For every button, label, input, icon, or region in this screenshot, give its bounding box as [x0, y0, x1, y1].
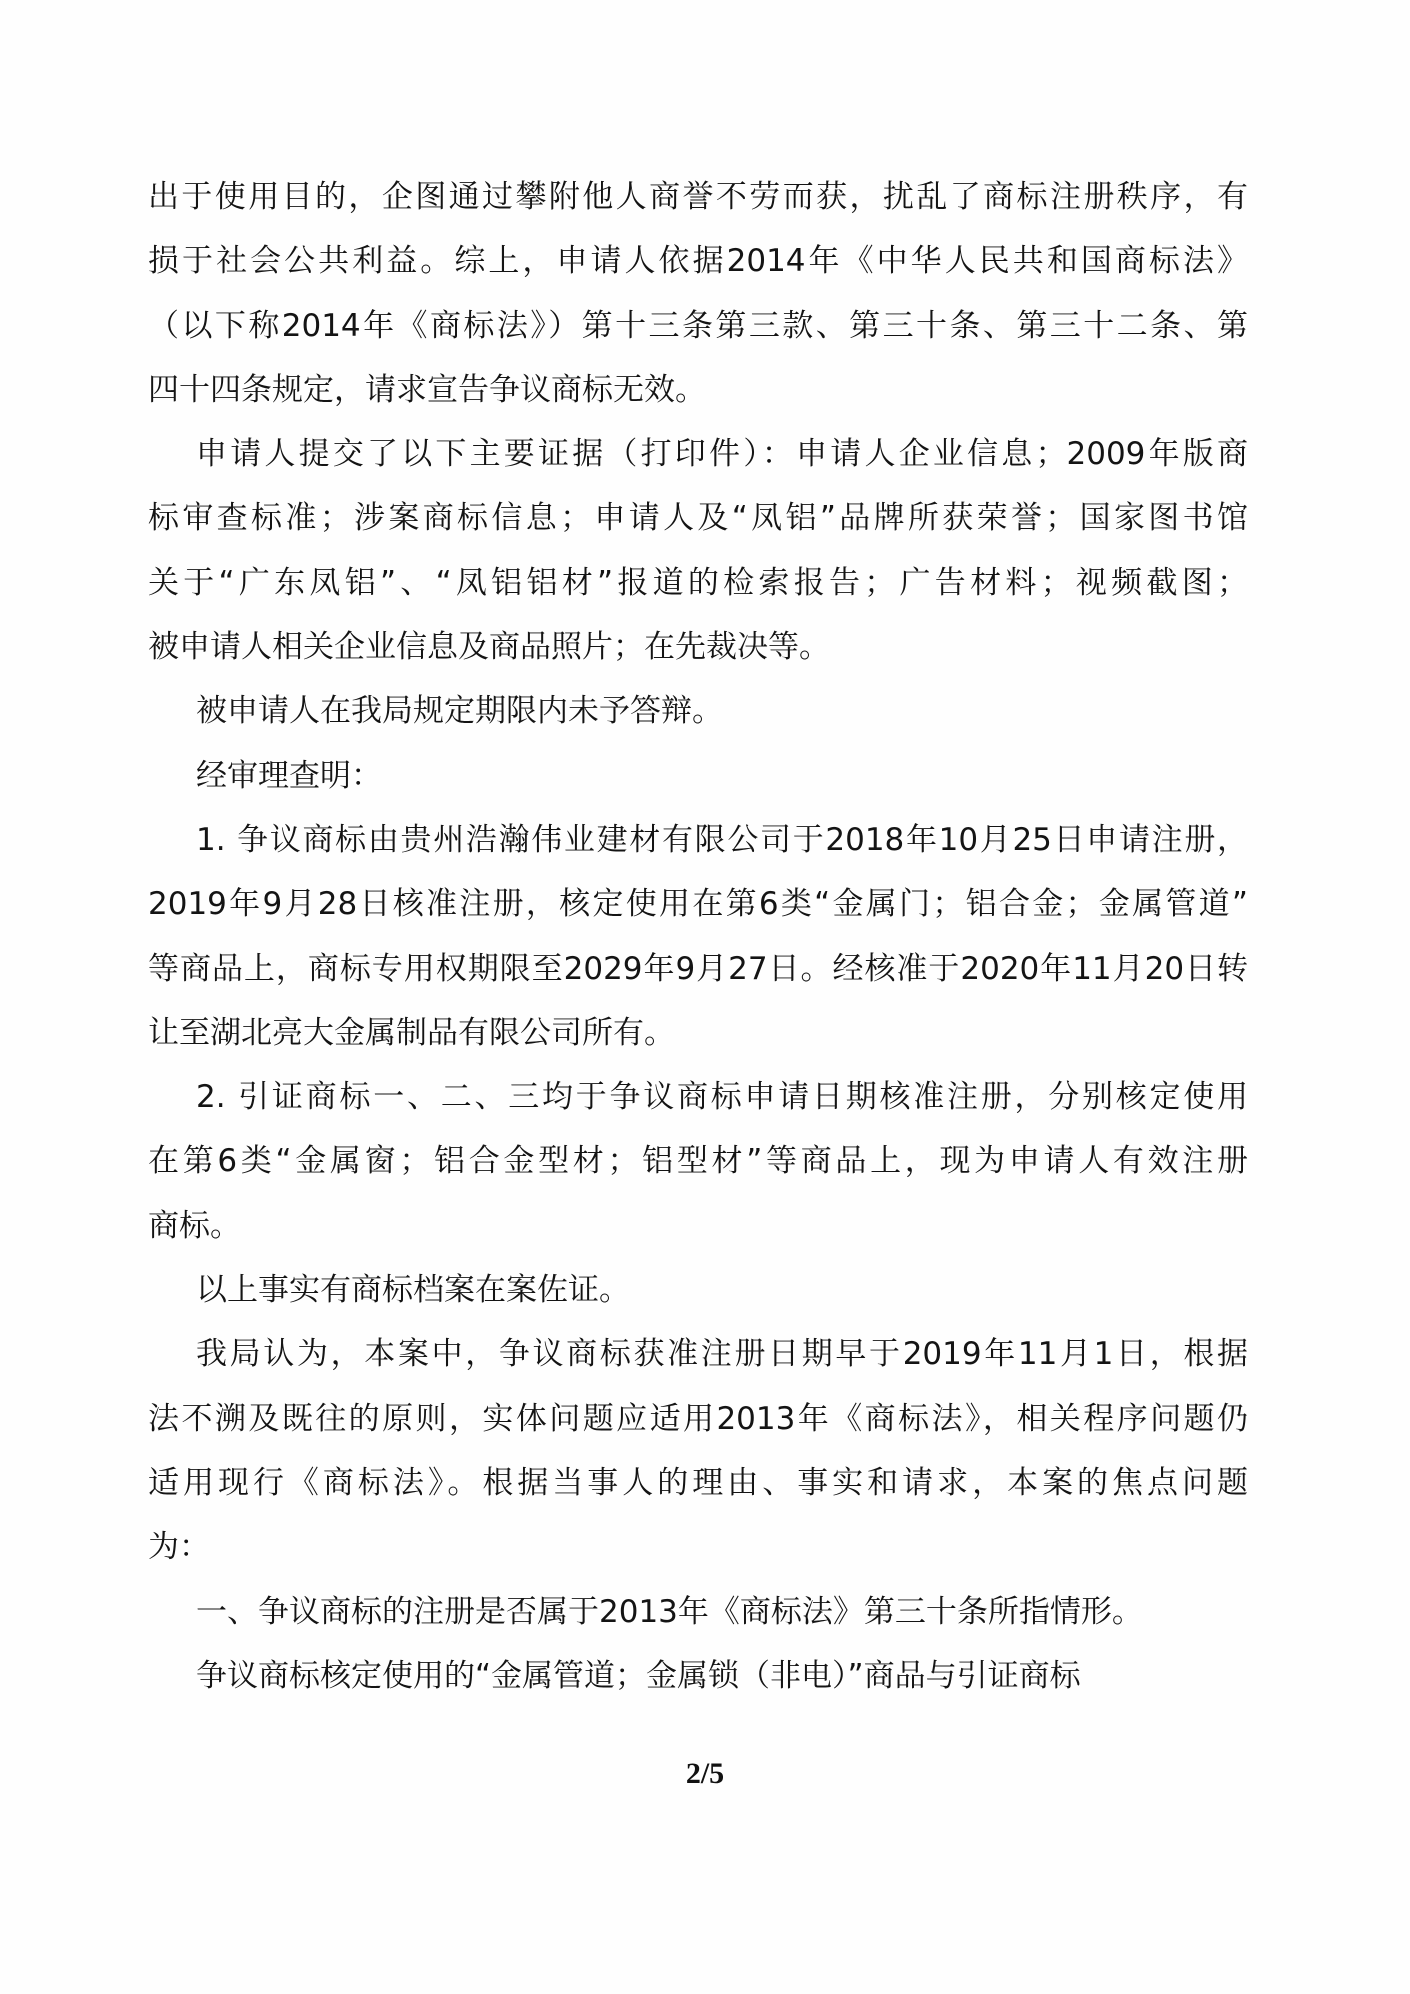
document-page: 出于使用目的，企图通过攀附他人商誉不劳而获，扰乱了商标注册秩序，有 损于社会公共…: [0, 0, 1410, 1994]
text-line: 2. 引证商标一、二、三均于争议商标申请日期核准注册，分别核定使用: [148, 1065, 1248, 1129]
document-body: 出于使用目的，企图通过攀附他人商誉不劳而获，扰乱了商标注册秩序，有 损于社会公共…: [148, 165, 1248, 1708]
text-line: 一、争议商标的注册是否属于2013年《商标法》第三十条所指情形。: [148, 1580, 1248, 1644]
text-line: 关于“广东凤铝”、“凤铝铝材”报道的检索报告；广告材料；视频截图；: [148, 551, 1248, 615]
text-line: 被申请人相关企业信息及商品照片；在先裁决等。: [148, 615, 1248, 679]
text-line: 标审查标准；涉案商标信息；申请人及“凤铝”品牌所获荣誉；国家图书馆: [148, 486, 1248, 550]
paragraph-issue-1-heading: 一、争议商标的注册是否属于2013年《商标法》第三十条所指情形。: [148, 1580, 1248, 1644]
text-line: 商标。: [148, 1194, 1248, 1258]
page-number: 2/5: [0, 1757, 1410, 1791]
text-line: 争议商标核定使用的“金属管道；金属锁（非电）”商品与引证商标: [148, 1644, 1248, 1708]
paragraph-findings-heading: 经审理查明：: [148, 744, 1248, 808]
paragraph-finding-1: 1. 争议商标由贵州浩瀚伟业建材有限公司于2018年10月25日申请注册， 20…: [148, 808, 1248, 1065]
text-line: 损于社会公共利益。综上，申请人依据2014年《中华人民共和国商标法》: [148, 229, 1248, 293]
text-line: 申请人提交了以下主要证据（打印件）：申请人企业信息；2009年版商: [148, 422, 1248, 486]
text-line: 让至湖北亮大金属制品有限公司所有。: [148, 1001, 1248, 1065]
text-line: 等商品上，商标专用权期限至2029年9月27日。经核准于2020年11月20日转: [148, 937, 1248, 1001]
text-line: 1. 争议商标由贵州浩瀚伟业建材有限公司于2018年10月25日申请注册，: [148, 808, 1248, 872]
paragraph-no-defense: 被申请人在我局规定期限内未予答辩。: [148, 679, 1248, 743]
paragraph-office-opinion: 我局认为，本案中，争议商标获准注册日期早于2019年11月1日，根据 法不溯及既…: [148, 1322, 1248, 1579]
text-line: 为：: [148, 1515, 1248, 1579]
text-line: 出于使用目的，企图通过攀附他人商誉不劳而获，扰乱了商标注册秩序，有: [148, 165, 1248, 229]
paragraph-facts-evidence: 以上事实有商标档案在案佐证。: [148, 1258, 1248, 1322]
text-line: 在第6类“金属窗；铝合金型材；铝型材”等商品上，现为申请人有效注册: [148, 1129, 1248, 1193]
text-line: 四十四条规定，请求宣告争议商标无效。: [148, 358, 1248, 422]
paragraph-finding-2: 2. 引证商标一、二、三均于争议商标申请日期核准注册，分别核定使用 在第6类“金…: [148, 1065, 1248, 1258]
text-line: 2019年9月28日核准注册，核定使用在第6类“金属门；铝合金；金属管道”: [148, 872, 1248, 936]
text-line: 被申请人在我局规定期限内未予答辩。: [148, 679, 1248, 743]
text-line: 我局认为，本案中，争议商标获准注册日期早于2019年11月1日，根据: [148, 1322, 1248, 1386]
paragraph-evidence: 申请人提交了以下主要证据（打印件）：申请人企业信息；2009年版商 标审查标准；…: [148, 422, 1248, 679]
paragraph-issue-1-body: 争议商标核定使用的“金属管道；金属锁（非电）”商品与引证商标: [148, 1644, 1248, 1708]
paragraph-applicant-claims: 出于使用目的，企图通过攀附他人商誉不劳而获，扰乱了商标注册秩序，有 损于社会公共…: [148, 165, 1248, 422]
text-line: （以下称2014年《商标法》）第十三条第三款、第三十条、第三十二条、第: [148, 294, 1248, 358]
text-line: 以上事实有商标档案在案佐证。: [148, 1258, 1248, 1322]
text-line: 适用现行《商标法》。根据当事人的理由、事实和请求，本案的焦点问题: [148, 1451, 1248, 1515]
text-line: 经审理查明：: [148, 744, 1248, 808]
text-line: 法不溯及既往的原则，实体问题应适用2013年《商标法》，相关程序问题仍: [148, 1387, 1248, 1451]
